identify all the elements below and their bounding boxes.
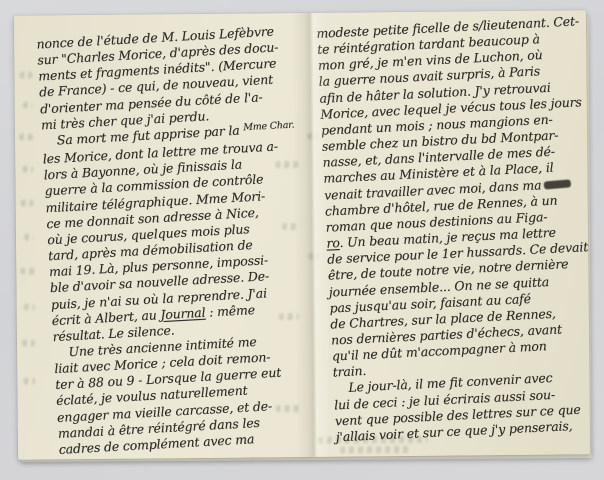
bleed-through-mark	[23, 378, 35, 385]
letter-sheet: nonce de l'étude de M. Louis Lefèbvresur…	[14, 10, 590, 459]
letter-page-left: nonce de l'étude de M. Louis Lefèbvresur…	[36, 22, 327, 458]
bleed-through-mark	[24, 234, 34, 241]
scanned-letter: nonce de l'étude de M. Louis Lefèbvresur…	[0, 0, 604, 480]
bleed-through-mark	[22, 340, 35, 347]
bleed-through-mark	[20, 268, 35, 275]
letter-page-right: modeste petite ficelle de s/lieutenant. …	[316, 13, 604, 445]
bleed-through-mark	[19, 134, 33, 141]
bleed-through-mark	[21, 200, 34, 207]
ink-blot	[544, 179, 572, 189]
bleed-through-mark	[340, 446, 410, 454]
bleed-through-mark	[19, 72, 32, 79]
bleed-through-mark	[23, 102, 33, 109]
bleed-through-mark	[24, 304, 35, 311]
bleed-through-mark	[22, 166, 33, 173]
